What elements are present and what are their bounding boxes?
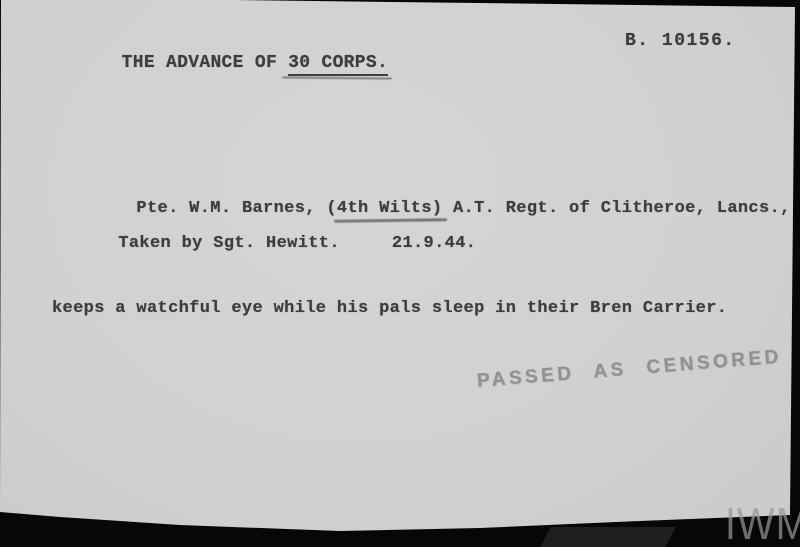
caption-line-2: keeps a watchful eye while his pals slee…	[52, 296, 791, 321]
credit-text: Taken by Sgt. Hewitt.	[118, 234, 340, 253]
title-text: THE ADVANCE OF	[122, 53, 289, 73]
document-title: THE ADVANCE OF 30 CORPS.	[55, 33, 388, 93]
iwm-watermark: IWM	[706, 507, 800, 547]
scanned-document: THE ADVANCE OF 30 CORPS. B. 10156. Pte. …	[0, 0, 800, 547]
date-taken: 21.9.44.	[392, 234, 476, 253]
scan-artifact	[539, 527, 676, 547]
title-underlined-text: 30 CORPS.	[288, 53, 388, 76]
iwm-watermark-text: IWM	[725, 502, 800, 547]
negative-number: B. 10156.	[625, 31, 736, 51]
caption-line-1-post: ) A.T. Regt. of Clitheroe, Lancs.,	[432, 199, 791, 218]
caption-card: THE ADVANCE OF 30 CORPS. B. 10156. Pte. …	[0, 0, 800, 547]
photographer-credit: Taken by Sgt. Hewitt.21.9.44.	[55, 215, 476, 272]
